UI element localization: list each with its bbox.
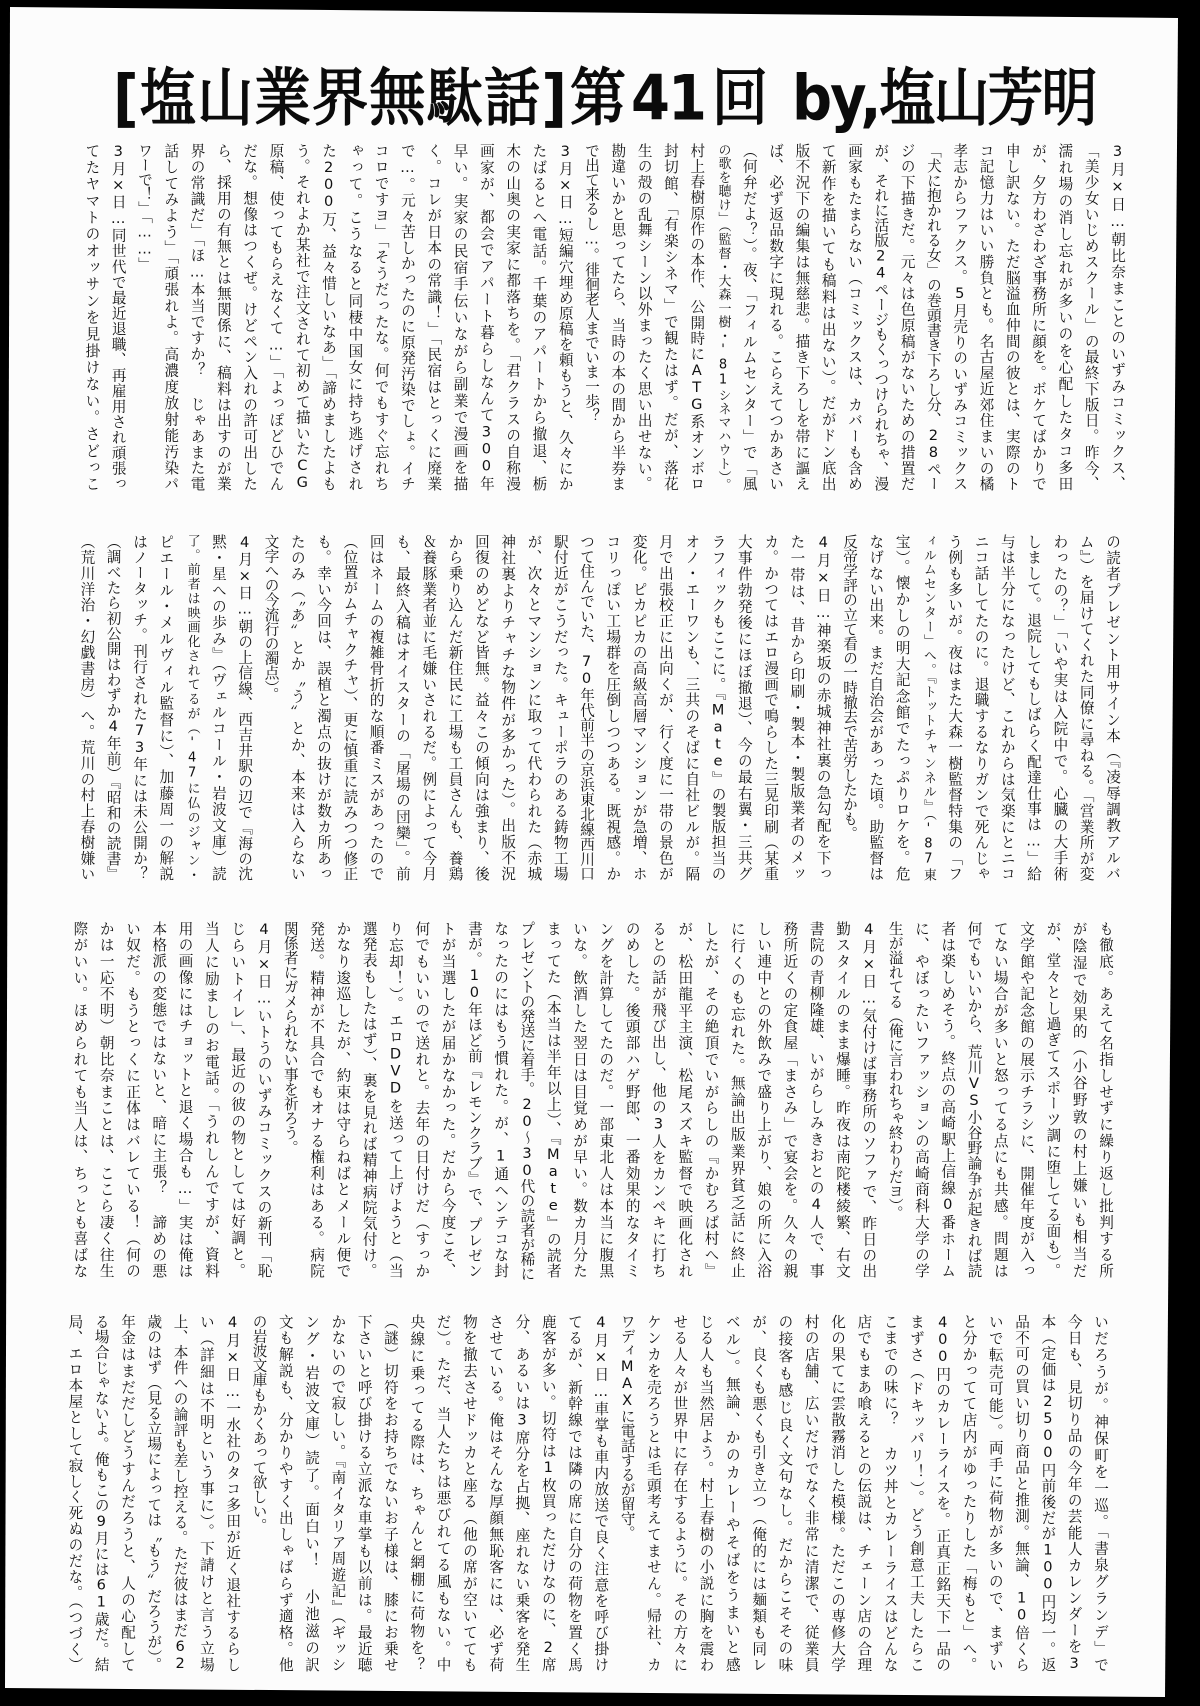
text-column: 木の山奥の実家に都落ちを。「君クラスの自称漫 bbox=[499, 143, 525, 491]
text-column: ワディMAXに電話するが留守。 bbox=[613, 1314, 639, 1672]
text-column: から乗り込んだ新住民に工場も工員さんも、養鶏 bbox=[441, 534, 467, 881]
text-column: た一帯は、昔から印刷・製本・製版業者のメッ bbox=[783, 534, 809, 881]
text-column: わったの？」「いや実は入院中で。心臓の大手術 bbox=[1046, 534, 1072, 881]
text-column: ラフィックもここに。『Mate』の製版担当の bbox=[704, 534, 730, 881]
title-series: [塩山業界無駄話] bbox=[113, 60, 565, 138]
text-column: なったのにはもう慣れた。が、1通ヘンテコな封 bbox=[487, 921, 513, 1278]
text-column: 際がいい。ほめられても当人は、ちっとも喜ばな bbox=[66, 921, 92, 1278]
text-column: ィルムセンター」へ。『トットチャンネル』（'87東 bbox=[915, 534, 941, 881]
text-column: 封切館、「有楽シネマ」で観たはず。だが、落花 bbox=[657, 143, 683, 491]
text-column: 品不可の買い切り商品と推測。無論、10倍くら bbox=[1008, 1314, 1034, 1672]
article-tier-2: の読者プレゼント用サイン本（『凌辱調教アルバ ム』）を届けてくれた同僚に尋ねる。… bbox=[73, 534, 1125, 881]
text-column: （何弁だよ？）。夜、「フィルムセンター」で「風 bbox=[736, 143, 762, 491]
text-column: かないので寂しい。『南イタリア周遊記』（ギッシ bbox=[324, 1314, 350, 1672]
text-column: 年金はまだだしどうすんだろうと、人の心配して bbox=[114, 1314, 140, 1672]
text-column: こまでの味に？ カツ丼とカレーライスはどんな bbox=[876, 1314, 902, 1672]
text-column: いだろうが。神保町を一巡。「書泉グランデ」で bbox=[1087, 1314, 1113, 1672]
text-column: 化の果てに雲散霧消した模様。ただこの専修大学 bbox=[824, 1314, 850, 1672]
text-column: も徹底。あえて名指しせずに繰り返し批判する所 bbox=[1092, 921, 1118, 1278]
text-column: が、松田龍平主演、松尾スズキ監督で映画化され bbox=[671, 921, 697, 1278]
text-column: コリっぽい工場群を圧倒しつつある。既視感。か bbox=[599, 534, 625, 881]
text-column: だな。想像はつくぜ。けどペン入れの許可出した bbox=[236, 143, 262, 491]
text-column: 変化。ピカピカの高級高層マンションが急増、ホ bbox=[625, 534, 651, 881]
text-column: た200万、益々惜しいなあ」「諦めましたよも bbox=[315, 143, 341, 491]
text-column: ム』）を届けてくれた同僚に尋ねる。「営業所が変 bbox=[1072, 534, 1098, 881]
text-column: したが、その絶頂でいがらしの『かむろば村へ』 bbox=[697, 921, 723, 1278]
text-column: 勤スタイルのまま爆睡。昨夜は南陀楼綾繁、右文 bbox=[829, 921, 855, 1278]
text-column: ワーで！」「……」 bbox=[131, 143, 157, 491]
text-column: 4月×日…いトうのいずみコミックスの新刊「恥 bbox=[250, 921, 276, 1278]
text-column: じらいトイレ」、最近の彼の物としては好調と。 bbox=[224, 921, 250, 1278]
text-column: コロですヨ」「そうだったな。何でもすぐ忘れち bbox=[367, 143, 393, 491]
text-column: いで転売可能）。両手に荷物が多いので、まずい bbox=[982, 1314, 1008, 1672]
text-column: コ記憶力はいい勝負とも。名古屋近郊住まいの橘 bbox=[972, 143, 998, 491]
text-column: 4月×日…一水社のタコ多田が近く退社するらし bbox=[219, 1314, 245, 1672]
text-column: かなり逡巡したが、約束は守らねばとメール便で bbox=[329, 921, 355, 1278]
text-column: も、最終入稿はオイスターの「屠場の団欒」。前 bbox=[389, 534, 415, 881]
text-column: しい連中との外飲みで盛り上がり、娘の所に入浴 bbox=[750, 921, 776, 1278]
text-column: てない場合が多いと怒ってる点にも共感。問題は bbox=[987, 921, 1013, 1278]
text-column: に、やぼったいファッションの高崎商科大学の学 bbox=[908, 921, 934, 1278]
text-column: 本格派の変態ではないと、暗に主張？ 諦めの悪 bbox=[145, 921, 171, 1278]
text-column: 回復のめどなど皆無。益々この傾向は強まり、後 bbox=[468, 534, 494, 881]
text-column: 駅付近がこうだった。キューポラのある鋳物工場 bbox=[546, 534, 572, 881]
text-column: い（詳細は不明という事に）。下請けと言う立場 bbox=[193, 1314, 219, 1672]
text-column: 書が。10年ほど前『レモンクラブ』で、プレゼン bbox=[461, 921, 487, 1278]
text-column: 生が溢れてる（俺に言われちゃ終わりだヨ）。 bbox=[881, 921, 907, 1278]
text-column: はノータッチ。刊行された73年には未公開か？ bbox=[126, 534, 152, 881]
text-column: て新作を描いても稿料は出ない）。だがドン底出 bbox=[814, 143, 840, 491]
article-tier-4: いだろうが。神保町を一巡。「書泉グランデ」で 今日も、見切り品の今年の芸能人カレ… bbox=[61, 1314, 1113, 1672]
text-column: ベル）。無論、かのカレーやそばをうまいと感 bbox=[719, 1314, 745, 1672]
text-column: かは一応不明）朝比奈まことは、ここら凄く往生 bbox=[92, 921, 118, 1278]
text-column: が、次々とマンションに取って代わられた（赤城 bbox=[520, 534, 546, 881]
text-column: 3月×日…同世代で最近退職、再雇用され頑張っ bbox=[104, 143, 130, 491]
text-column: る場合じゃないよ。俺もこの9月には61歳だ。結 bbox=[87, 1314, 113, 1672]
text-column: 界の常識だ」「ほ…本当ですか？ じゃあまた電 bbox=[183, 143, 209, 491]
text-column: 原稿、使ってもらえなくて…」「よっぽどひでん bbox=[262, 143, 288, 491]
text-column: 関係者にガメられない事を祈ろう。 bbox=[277, 921, 303, 1278]
text-column: 宝）。懐かしの明大記念館でたっぷりロケを。危 bbox=[888, 534, 914, 881]
text-column: 央線に乗ってる際は、ちゃんと網棚に荷物を？ bbox=[403, 1314, 429, 1672]
text-column: 反帝学評の立て看の一時撤去で苦労したかも。 bbox=[836, 534, 862, 881]
text-column: （謎）切符をお持ちでないお子様は、膝にお乗せ bbox=[377, 1314, 403, 1672]
text-column: 局、エロ本屋として寂しく死ぬのだな。（つづく） bbox=[61, 1314, 87, 1672]
text-column: 村の店舗、広いだけでなく非常に清潔で、従業員 bbox=[797, 1314, 823, 1672]
text-column: 上、本件への論評も差し控える。ただ彼はまだ62 bbox=[166, 1314, 192, 1672]
text-column: 話してみよう」「頑張れよ。高濃度放射能汚染パ bbox=[157, 143, 183, 491]
text-column: 回はネームの複雑骨折的な順番ミスがあったので bbox=[362, 534, 388, 881]
text-column: ニコ話してたのに。退職するなりガンで死んじゃ bbox=[967, 534, 993, 881]
text-column: せる人々が世界中に存在するように。その方々に bbox=[666, 1314, 692, 1672]
text-column: 孝志からファクス。5月売りのいずみコミックス bbox=[946, 143, 972, 491]
text-column: たのみ（〝あ〟とか〝う〟とか、本来は入らない bbox=[284, 534, 310, 881]
text-column: （調べたら初公開はわずか4年前）『昭和の読書』 bbox=[99, 534, 125, 881]
text-column: オノ・エーワンも、三共のそばに自社ビルが。隔 bbox=[678, 534, 704, 881]
text-column: 黙・星への歩み』（ヴェルコール・岩波文庫）読 bbox=[205, 534, 231, 881]
text-column: う。それよか某社で注文されて初めて描いたCG bbox=[289, 143, 315, 491]
text-column: 書院の青柳隆雄、いがらしみきおとの4人で、事 bbox=[802, 921, 828, 1278]
text-column: が、良くも悪くも引き立つ（俺的には麺類も同レ bbox=[745, 1314, 771, 1672]
text-column: ジの下描きだ。元々は色原稿がないための措置だ bbox=[893, 143, 919, 491]
text-column: 村上春樹原作の本作、公開時にATG系オンボロ bbox=[683, 143, 709, 491]
text-column: 選発表もしたはず）、裏を見れば精神病院気付け。 bbox=[355, 921, 381, 1278]
text-column: ケンカを売ろうとは毛頭考えてません。帰社、カ bbox=[640, 1314, 666, 1672]
text-column: が、夕方わざわざ事務所に顔を。ボケてばかりで bbox=[1025, 143, 1051, 491]
text-column: まずさ（ドキッパリ！）。どう創意工夫したらこ bbox=[903, 1314, 929, 1672]
text-column: （荒川洋治・幻戯書房）へ。荒川の村上春樹嫌い bbox=[73, 534, 99, 881]
text-column: で…。元々苦しかったのに原発汚染でしょ。イチ bbox=[394, 143, 420, 491]
text-column: 画家が、都会でアパート暮らしなんて300年 bbox=[473, 143, 499, 491]
text-column: の歌を聴け」（監督・大森一樹・'81シネマハウト）。 bbox=[709, 143, 735, 491]
text-column: 鹿客が多い。切符は1枚買っただけなのに、2席 bbox=[534, 1314, 560, 1672]
text-column: 濡れ場の消し忘れが多いのを心配したタコ多田 bbox=[1051, 143, 1077, 491]
text-column: く。コレが日本の常識！」「民宿はとっくに廃業 bbox=[420, 143, 446, 491]
text-column: 了。前者は映画化されてるが（'47に仏のジャン・ bbox=[178, 534, 204, 881]
text-column: つて住んでいた、70年代前半の京浜東北線西川口 bbox=[573, 534, 599, 881]
text-column: う例も多いが。夜はまた大森一樹監督特集の「フ bbox=[941, 534, 967, 881]
text-column: 3月×日…短編穴埋め原稿を頼もうと、久々にか bbox=[551, 143, 577, 491]
text-column: ＆養豚業者並に毛嫌いされるだ。例によって今月 bbox=[415, 534, 441, 881]
text-column: まってた（本当は半年以上）、『Mate』の読者 bbox=[539, 921, 565, 1278]
text-column: （位置がムチャクチャ）、更に慎重に読みつつ修正 bbox=[336, 534, 362, 881]
text-column: 画家もたまらない（コミックスは、カバーも含め bbox=[841, 143, 867, 491]
text-column: 4月×日…朝の上信線、西吉井駅の辺で『海の沈 bbox=[231, 534, 257, 881]
text-column: 文も解説も、分かりやすく出しゃばらず適格。他 bbox=[272, 1314, 298, 1672]
text-column: 3月×日…朝比奈まことのいずみコミックス、 bbox=[1104, 143, 1130, 491]
text-column: 用の画像にはチョットと退く場合も…」実は俺は bbox=[171, 921, 197, 1278]
title-byline: by,塩山芳明 bbox=[792, 60, 1086, 138]
text-column: たばるとへ電話。千葉のアパートから撤退、栃 bbox=[525, 143, 551, 491]
text-column: 月で出張校正に出向くが、行く度に一帯の景色が bbox=[652, 534, 678, 881]
text-column: ピエール・メルヴィル監督に）、加藤周一の解説 bbox=[152, 534, 178, 881]
text-column: てるが、新幹線では隣の席に自分の荷物を置く馬 bbox=[561, 1314, 587, 1672]
text-column: り忘却！）。エロDVDを送って上げようと（当 bbox=[382, 921, 408, 1278]
text-column: 申し訳ない。ただ脳溢血仲間の彼とは、実際のト bbox=[999, 143, 1025, 491]
text-column: 下さいと呼び掛ける立派な車掌も以前は。最近聴 bbox=[350, 1314, 376, 1672]
text-column: ら、採用の有無とは無関係に、稿料は出すのが業 bbox=[210, 143, 236, 491]
text-column: のめした。後頭部ハゲ野郎、一番効果的なタイミ bbox=[618, 921, 644, 1278]
text-column: てたヤマトのオッサンを見掛けない。さどっこ bbox=[78, 143, 104, 491]
text-column: の岩波文庫もかくあって欲しい。 bbox=[245, 1314, 271, 1672]
text-column: 4月×日…気付けば事務所のソファで、昨日の出 bbox=[855, 921, 881, 1278]
text-column: の接客も感じ良く文句なし。だからこそその味 bbox=[771, 1314, 797, 1672]
text-column: 務所近くの定食屋「まさみ」で宴会を。久々の親 bbox=[776, 921, 802, 1278]
text-column: なげない出来。まだ自治会があった頃。助監督は bbox=[862, 534, 888, 881]
text-column: 今日も、見切り品の今年の芸能人カレンダーを3 bbox=[1060, 1314, 1086, 1672]
text-column: るとの話が飛び出し、他の3人をカンペキに打ち bbox=[645, 921, 671, 1278]
text-column: 店でもまあ喰えるとの伝説は、チェーン店の合理 bbox=[850, 1314, 876, 1672]
text-column: が、堂々とし過ぎてスポーツ調に堕してる面も）。 bbox=[1039, 921, 1065, 1278]
text-column: 生の殻の乱舞シーン以外まったく思い出せない。 bbox=[630, 143, 656, 491]
text-column: 4月×日…車掌も車内放送で良く注意を呼び掛け bbox=[587, 1314, 613, 1672]
text-column: 神社裏よりチャチな物件が多かった）。出版不況 bbox=[494, 534, 520, 881]
text-column: ング・岩波文庫）読了。面白い！ 小池滋の訳 bbox=[298, 1314, 324, 1672]
text-column: ば、必ず返品数字に現れる。こらえてつかあさい bbox=[762, 143, 788, 491]
text-column: 歳のはず（見る立場によっては〝もう〟だろうが）。 bbox=[140, 1314, 166, 1672]
text-column: 本（定価は2500円前後だが100円均一。返 bbox=[1034, 1314, 1060, 1672]
text-column: い奴だ。もうとっくに正体はバレている！（何の bbox=[119, 921, 145, 1278]
text-column: ゃって。こうなると同棲中国女に持ち逃げされ bbox=[341, 143, 367, 491]
text-column: が、それに活版24ページもくっつけられちゃ、漫 bbox=[867, 143, 893, 491]
text-column: いな。飲酒した翌日は目覚めが早い。数カ月分た bbox=[566, 921, 592, 1278]
article-tier-1: 3月×日…朝比奈まことのいずみコミックス、 「美少女いじめスクール」の最終下版日… bbox=[78, 143, 1130, 491]
text-column: 発送。精神が不具合でもオナる権利はある。病院 bbox=[303, 921, 329, 1278]
text-column: も。幸い今回は、誤植と濁点の抜けが数カ所あっ bbox=[310, 534, 336, 881]
text-column: が陰湿で効果的（小谷野敦の村上嫌いも相当だ bbox=[1065, 921, 1091, 1278]
text-column: 勘違いかと思ってたら、当時の本の間から半券ま bbox=[604, 143, 630, 491]
text-column: 早い。実家の民宿手伝いながら副業で漫画を描 bbox=[446, 143, 472, 491]
text-column: だ）。ただ、当人たちは悪びれてる風もない。中 bbox=[429, 1314, 455, 1672]
text-column: 「美少女いじめスクール」の最終下版日。昨今、 bbox=[1077, 143, 1103, 491]
text-column: 4月×日…神楽坂の赤城神社裏の急勾配を下っ bbox=[809, 534, 835, 881]
text-column: トが当選したが届かなかった。だから今度こそ、 bbox=[434, 921, 460, 1278]
article-tier-3: も徹底。あえて名指しせずに繰り返し批判する所 が陰湿で効果的（小谷野敦の村上嫌い… bbox=[66, 921, 1118, 1278]
text-column: 文字への今流行の濁点）。 bbox=[257, 534, 283, 881]
text-column: 「犬に抱かれる女」の巻頭書き下ろし分、28ペー bbox=[920, 143, 946, 491]
text-column: 物を撤去させドッカと座る（他の席が空いてても bbox=[456, 1314, 482, 1672]
text-column: と分かってて店内がゆったりした「梅もと」へ。 bbox=[955, 1314, 981, 1672]
text-column: 大事件勃発後にほぼ撤退）、今の最右翼・三共グ bbox=[731, 534, 757, 881]
text-column: 何でもいいから、荒川VS小谷野論争が起きれば読 bbox=[960, 921, 986, 1278]
text-column: 版不況下の編集は無慈悲。描き下ろしを帯に謳え bbox=[788, 143, 814, 491]
title-episode: 第41回 bbox=[570, 60, 766, 138]
text-column: ングを計算してたのだ。一部東北人は本当に腹黒 bbox=[592, 921, 618, 1278]
text-column: に行くのも忘れた。無論出版業界貧乏話に終止 bbox=[724, 921, 750, 1278]
text-column: 当人に励ましのお電話。「うれしんですが、資料 bbox=[198, 921, 224, 1278]
text-column: 与は半分になったけど、これからは気楽にとニコ bbox=[994, 534, 1020, 881]
text-column: 分、あるいは3席分を占拠、座れない乗客を発生 bbox=[508, 1314, 534, 1672]
magazine-page: [塩山業界無駄話] 第41回 by,塩山芳明 3月×日…朝比奈まことのいずみコミ… bbox=[0, 0, 1200, 1706]
text-column: 者は楽しめそう。終点の高崎駅上信線0番ホーム bbox=[934, 921, 960, 1278]
text-column: プレゼントの発送に着手。20～30代の読者が稀に bbox=[513, 921, 539, 1278]
text-column: させている。俺はそんな厚顔無恥客には、必ず荷 bbox=[482, 1314, 508, 1672]
text-column: 400円のカレーライスを。正真正銘天下一品の bbox=[929, 1314, 955, 1672]
text-column: 何でもいいので送れと。去年の日付けだ（すっか bbox=[408, 921, 434, 1278]
text-column: カ。かつてはエロ漫画で鳴らした三晃印刷（某重 bbox=[757, 534, 783, 881]
text-column: で出て来るし…。徘徊老人までいま一歩？ bbox=[578, 143, 604, 491]
text-column: の読者プレゼント用サイン本（『凌辱調教アルバ bbox=[1099, 534, 1125, 881]
text-column: しまして。退院してもしばらく配達仕事は…」給 bbox=[1020, 534, 1046, 881]
text-column: じる人も当然居よう。村上春樹の小説に胸を震わ bbox=[692, 1314, 718, 1672]
text-column: 文学館や記念館の展示チラシに、開催年度が入っ bbox=[1013, 921, 1039, 1278]
